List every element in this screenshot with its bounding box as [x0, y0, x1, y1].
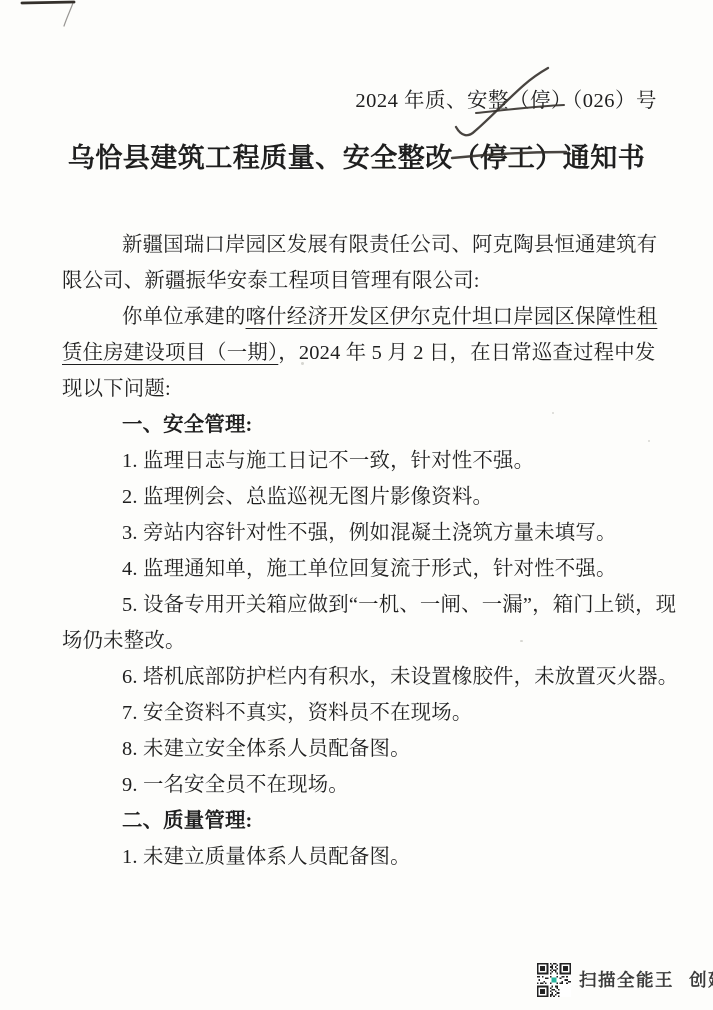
doc-number-prefix: 2024 年质、安整: [355, 90, 509, 112]
safety-item-1: 1. 监理日志与施工日记不一致，针对性不强。: [62, 443, 662, 479]
doc-number-line: 2024 年质、安整（停）（026）号: [355, 88, 657, 114]
scanned-notice-page: 2024 年质、安整（停）（026）号 乌恰县建筑工程质量、安全整改（停工）通知…: [0, 0, 713, 1010]
title-suffix: 通知书: [563, 143, 646, 173]
pen-mark-top-left-tail: [64, 3, 73, 26]
camscanner-watermark-label: 扫描全能王 创建: [579, 967, 713, 992]
intro-pre: 你单位承建的: [122, 306, 246, 328]
page-title: 乌恰县建筑工程质量、安全整改（停工）通知书: [0, 136, 713, 175]
safety-item-9: 9. 一名安全员不在现场。: [62, 767, 662, 803]
paper-speck: [648, 440, 650, 442]
title-prefix: 乌恰县建筑工程质量、安全整改: [68, 143, 453, 173]
safety-item-4: 4. 监理通知单，施工单位回复流于形式，针对性不强。: [62, 551, 662, 587]
qr-code-icon: [537, 963, 571, 997]
safety-item-7: 7. 安全资料不真实，资料员不在现场。: [62, 695, 662, 731]
safety-item-5: 5. 设备专用开关箱应做到“一机、一闸、一漏”，箱门上锁，现场仍未整改。: [62, 587, 684, 659]
paper-speck: [520, 640, 523, 642]
safety-item-3: 3. 旁站内容针对性不强，例如混凝土浇筑方量未填写。: [62, 515, 662, 551]
section-heading-safety: 一、安全管理:: [62, 407, 662, 443]
quality-item-1: 1. 未建立质量体系人员配备图。: [62, 839, 662, 875]
section-heading-quality: 二、质量管理:: [62, 803, 662, 839]
safety-item-6: 6. 塔机底部防护栏内有积水，未设置橡胶件，未放置灭火器。: [62, 659, 684, 695]
doc-number-suffix: （026）号: [572, 90, 657, 112]
safety-item-8: 8. 未建立安全体系人员配备图。: [62, 731, 662, 767]
intro-paragraph: 你单位承建的喀什经济开发区伊尔克什坦口岸园区保障性租赁住房建设项目（一期），20…: [62, 299, 662, 407]
recipients-paragraph: 新疆国瑞口岸园区发展有限责任公司、阿克陶县恒通建筑有限公司、新疆振华安泰工程项目…: [62, 227, 662, 299]
safety-item-2: 2. 监理例会、总监巡视无图片影像资料。: [62, 479, 662, 515]
paper-speck: [301, 362, 304, 365]
pen-mark-top-left: [22, 2, 74, 3]
document-body: 新疆国瑞口岸园区发展有限责任公司、阿克陶县恒通建筑有限公司、新疆振华安泰工程项目…: [62, 227, 662, 875]
paper-speck: [552, 412, 554, 414]
title-struck-text: （停工）: [453, 143, 563, 173]
doc-number-struck-text: （停）: [509, 90, 572, 112]
